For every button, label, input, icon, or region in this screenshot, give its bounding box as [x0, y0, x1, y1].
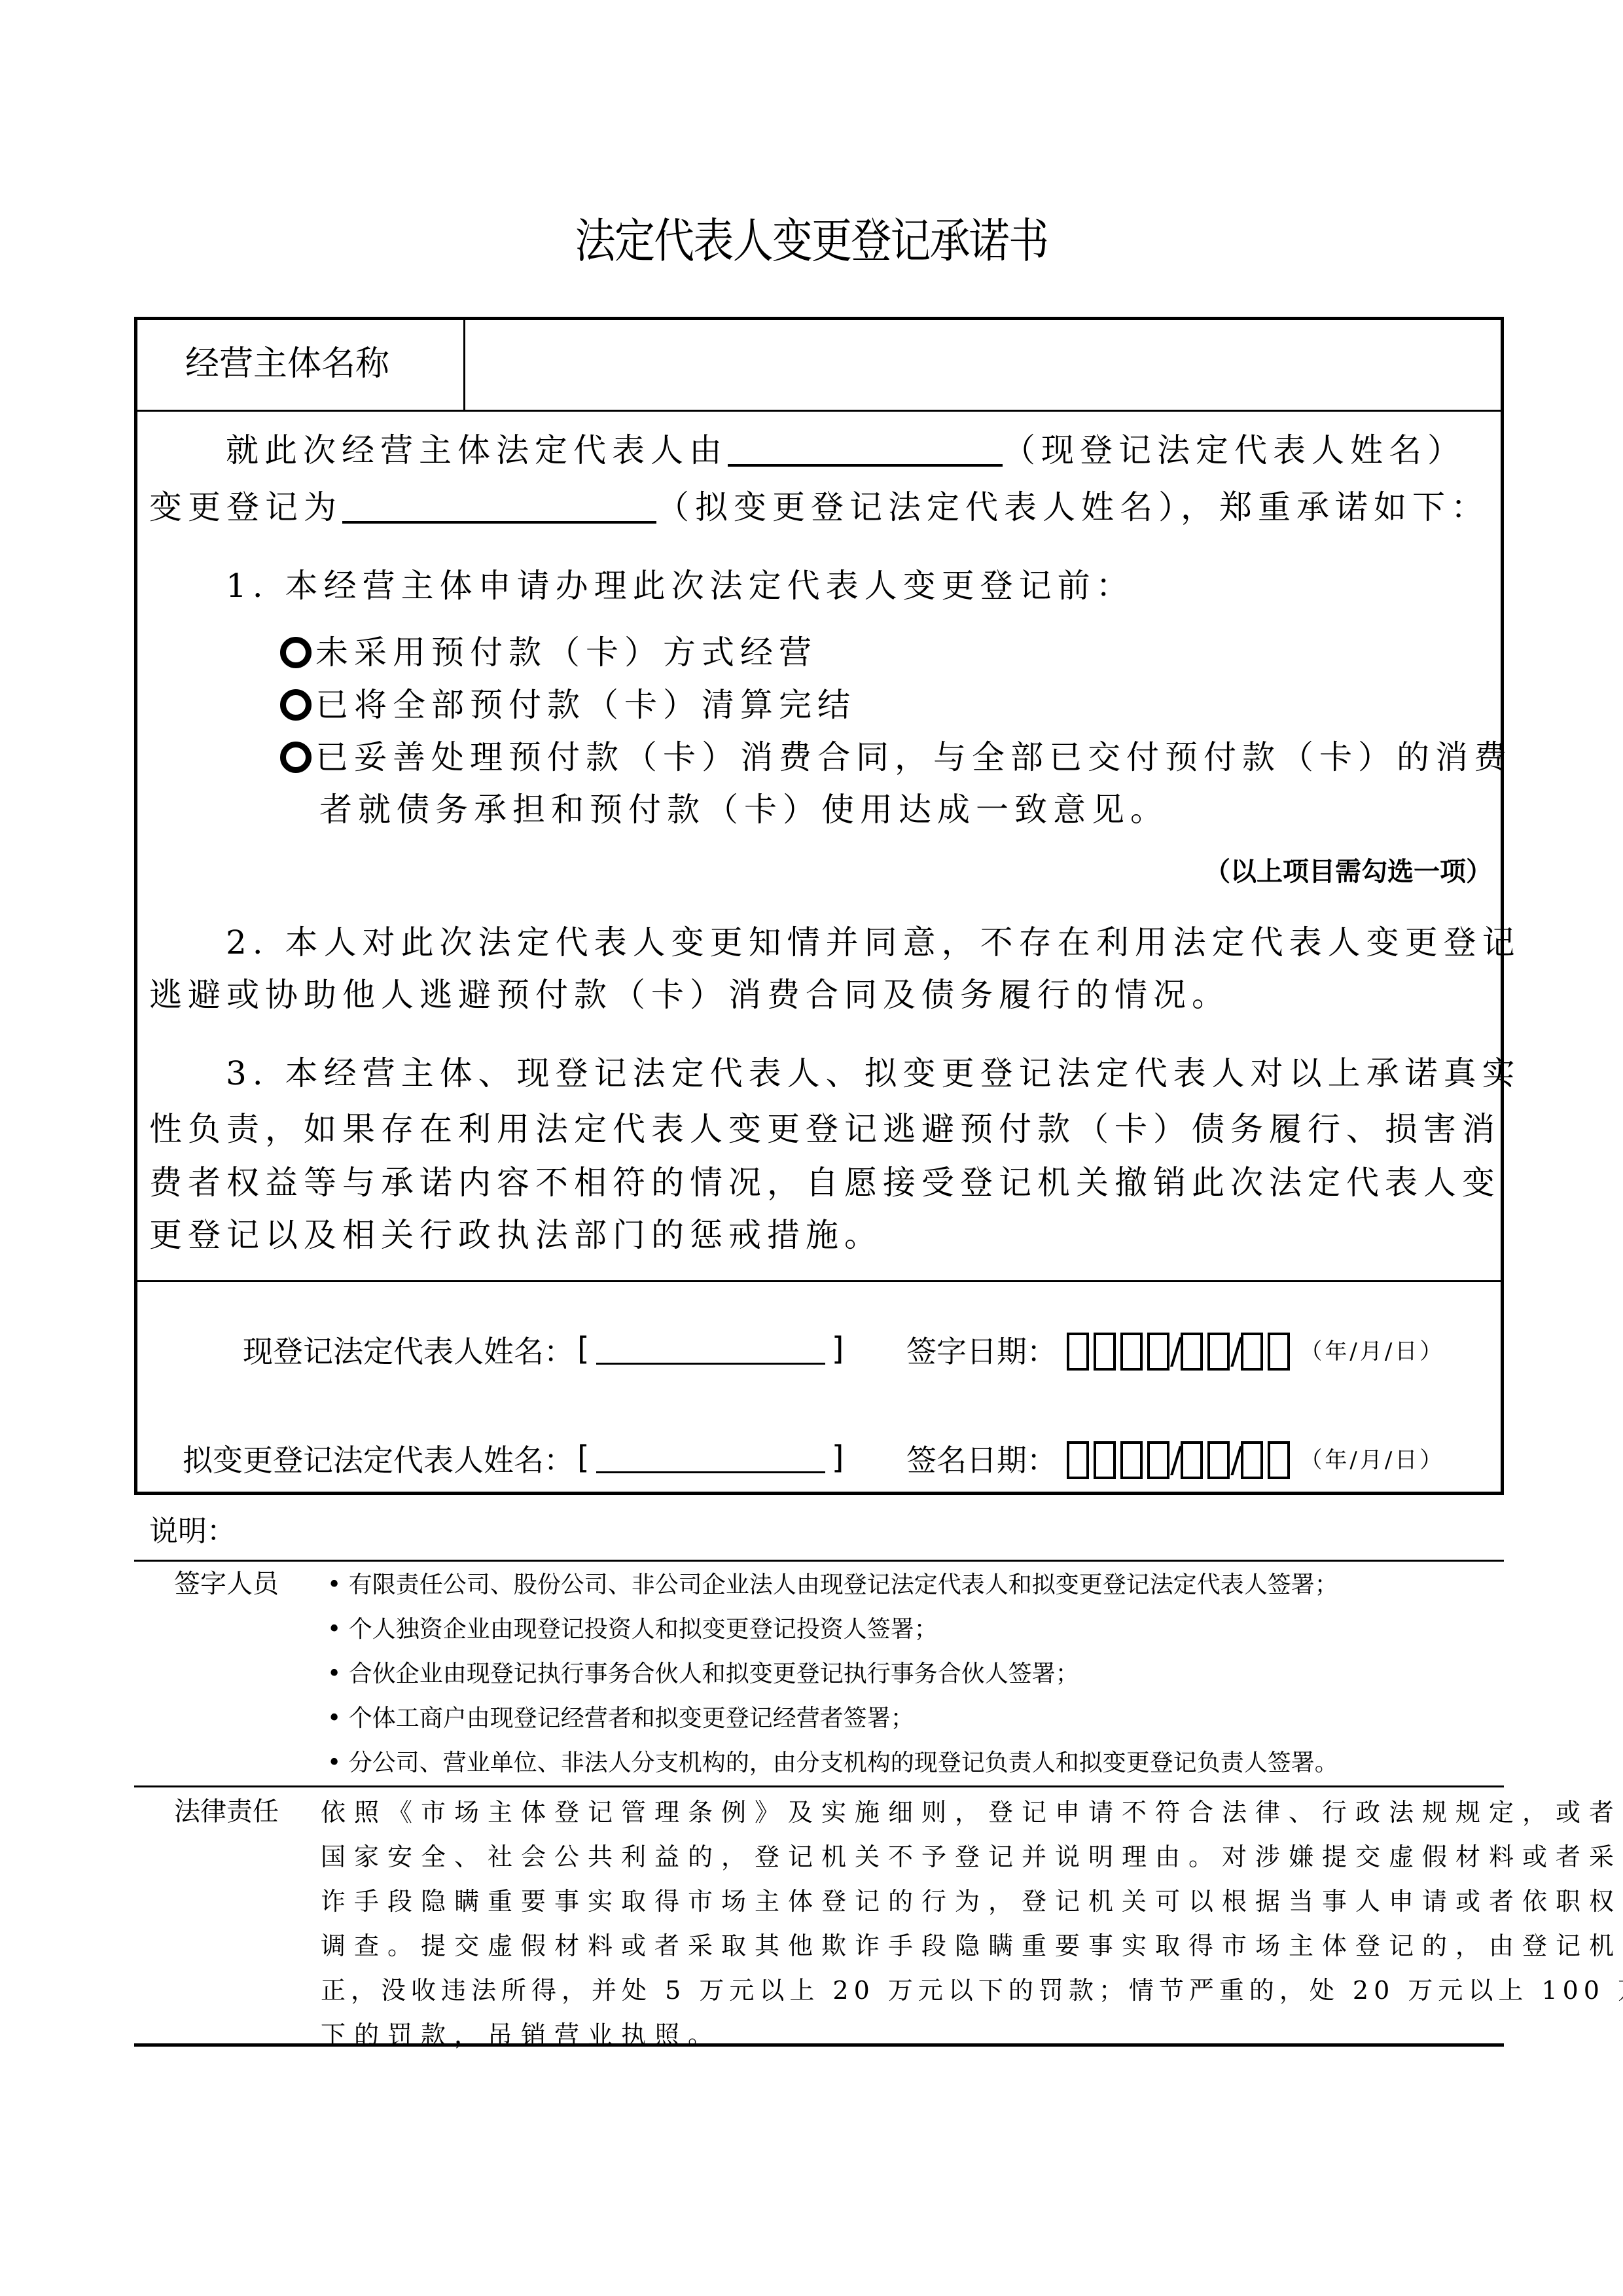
- item3-line3: 费者权益等与承诺内容不相符的情况，自愿接受登记机关撤销此次法定代表人变: [149, 1166, 1501, 1199]
- intro-line-1: 就此次经营主体法定代表人由（现登记法定代表人姓名）: [226, 434, 1466, 467]
- option-3-label-line1: 已妥善处理预付款（卡）消费合同，与全部已交付预付款（卡）的消费: [315, 738, 1512, 776]
- year-digit-box[interactable]: [1120, 1441, 1143, 1479]
- year-digit-box[interactable]: [1147, 1441, 1169, 1479]
- item1-heading: 1. 本经营主体申请办理此次法定代表人变更登记前：: [226, 569, 1135, 602]
- option-1[interactable]: 未采用预付款（卡）方式经营: [280, 636, 817, 671]
- right-bracket: ]: [832, 1331, 844, 1367]
- proposed-representative-blank[interactable]: [342, 492, 656, 524]
- bullet-icon: •: [327, 1749, 341, 1776]
- month-digit-box[interactable]: [1181, 1441, 1203, 1479]
- day-digit-box[interactable]: [1241, 1441, 1263, 1479]
- signer-rule-text: 个体工商户由现登记经营者和拟变更登记经营者签署；: [349, 1705, 914, 1732]
- bullet-icon: •: [327, 1571, 341, 1598]
- legal-line-3: 诈手段隐瞒重要事实取得市场主体登记的行为，登记机关可以根据当事人申请或者依职权主…: [321, 1889, 1623, 1914]
- item3-line4: 更登记以及相关行政执法部门的惩戒措施。: [149, 1219, 883, 1251]
- legal-line-5: 正，没收违法所得，并处 5 万元以上 20 万元以下的罚款；情节严重的，处 20…: [321, 1978, 1623, 2003]
- left-bracket: [: [577, 1439, 590, 1476]
- legal-top-rule: [134, 1785, 1504, 1787]
- notes-bottom-rule: [134, 2043, 1504, 2047]
- day-digit-box[interactable]: [1268, 1441, 1290, 1479]
- radio-ring-icon[interactable]: [280, 689, 312, 721]
- header-row-divider: [134, 410, 1504, 412]
- signature-date-field[interactable]: //（年/月/日）: [1067, 1441, 1444, 1479]
- item2-line1: 2. 本人对此次法定代表人变更知情并同意，不存在利用法定代表人变更登记: [226, 926, 1521, 959]
- bullet-icon: •: [327, 1705, 341, 1732]
- signer-rule-text: 分公司、营业单位、非法人分支机构的，由分支机构的现登记负责人和拟变更登记负责人签…: [349, 1749, 1338, 1776]
- radio-ring-icon[interactable]: [280, 637, 312, 668]
- current-representative-blank[interactable]: [728, 435, 1003, 467]
- entity-name-field[interactable]: [469, 322, 1499, 407]
- month-digit-box[interactable]: [1207, 1441, 1230, 1479]
- document-title: 法定代表人变更登记承诺书: [114, 217, 1510, 264]
- intro-line1-prefix: 就此次经营主体法定代表人由: [226, 431, 728, 469]
- signature-date-label: 签名日期：: [906, 1445, 1057, 1475]
- item2-line2: 逃避或协助他人逃避预付款（卡）消费合同及债务履行的情况。: [149, 978, 1230, 1011]
- intro-line2-prefix: 变更登记为: [149, 488, 342, 526]
- option-3-label-line2: 者就债务承担和预付款（卡）使用达成一致意见。: [319, 793, 1169, 826]
- notes-title: 说明：: [149, 1517, 236, 1546]
- option-3[interactable]: 已妥善处理预付款（卡）消费合同，与全部已交付预付款（卡）的消费: [280, 741, 1512, 776]
- item3-line2: 性负责，如果存在利用法定代表人变更登记逃避预付款（卡）债务履行、损害消: [149, 1113, 1501, 1145]
- signer-rule-2: • 个人独资企业由现登记投资人和拟变更登记投资人签署；: [327, 1618, 938, 1641]
- date-format-hint: （年/月/日）: [1300, 1447, 1444, 1473]
- intro-line-2: 变更登记为（拟变更登记法定代表人姓名），郑重承诺如下：: [149, 491, 1489, 524]
- proposed-rep-name-field[interactable]: []: [577, 1440, 844, 1473]
- year-digit-box[interactable]: [1120, 1333, 1143, 1371]
- option-2-label: 已将全部预付款（卡）清算完结: [315, 686, 856, 724]
- year-digit-box[interactable]: [1094, 1333, 1116, 1371]
- proposed-rep-name-label: 拟变更登记法定代表人姓名：: [183, 1445, 574, 1475]
- current-rep-name-input[interactable]: [596, 1331, 825, 1365]
- notes-top-rule: [134, 1560, 1504, 1562]
- current-rep-name-field[interactable]: []: [577, 1331, 844, 1365]
- signer-rule-1: • 有限责任公司、股份公司、非公司企业法人由现登记法定代表人和拟变更登记法定代表…: [327, 1573, 1338, 1597]
- intro-line2-suffix: （拟变更登记法定代表人姓名），郑重承诺如下：: [656, 488, 1489, 526]
- signer-rule-5: • 分公司、营业单位、非法人分支机构的，由分支机构的现登记负责人和拟变更登记负责…: [327, 1751, 1338, 1775]
- entity-name-label: 经营主体名称: [185, 347, 389, 381]
- legal-label: 法律责任: [174, 1799, 279, 1825]
- year-digit-box[interactable]: [1147, 1333, 1169, 1371]
- right-bracket: ]: [832, 1439, 844, 1476]
- legal-line-2: 国家安全、社会公共利益的，登记机关不予登记并说明理由。对涉嫌提交虚假材料或者采取…: [321, 1844, 1623, 1869]
- bullet-icon: •: [327, 1660, 341, 1687]
- bullet-icon: •: [327, 1616, 341, 1643]
- signature-section-divider: [134, 1280, 1504, 1282]
- select-one-note: （以上项目需勾选一项）: [1204, 859, 1492, 885]
- signer-rule-4: • 个体工商户由现登记经营者和拟变更登记经营者签署；: [327, 1707, 914, 1731]
- signer-rule-text: 有限责任公司、股份公司、非公司企业法人由现登记法定代表人和拟变更登记法定代表人签…: [349, 1571, 1338, 1598]
- legal-line-4: 调查。提交虚假材料或者采取其他欺诈手段隐瞒重要事实取得市场主体登记的，由登记机关…: [321, 1933, 1623, 1958]
- header-column-divider: [463, 318, 465, 410]
- radio-ring-icon[interactable]: [280, 742, 312, 773]
- intro-line1-suffix: （现登记法定代表人姓名）: [1003, 431, 1466, 469]
- year-digit-box[interactable]: [1067, 1441, 1089, 1479]
- signers-label: 签字人员: [174, 1571, 279, 1597]
- option-1-label: 未采用预付款（卡）方式经营: [315, 634, 817, 672]
- signer-rule-text: 个人独资企业由现登记投资人和拟变更登记投资人签署；: [349, 1616, 938, 1643]
- proposed-rep-name-input[interactable]: [596, 1440, 825, 1473]
- day-digit-box[interactable]: [1241, 1333, 1263, 1371]
- item3-line1: 3. 本经营主体、现登记法定代表人、拟变更登记法定代表人对以上承诺真实: [226, 1057, 1521, 1090]
- sign-date-label: 签字日期：: [906, 1336, 1057, 1367]
- current-rep-name-label: 现登记法定代表人姓名：: [243, 1336, 574, 1367]
- legal-line-1: 依照《市场主体登记管理条例》及实施细则，登记申请不符合法律、行政法规规定，或者可…: [321, 1800, 1623, 1825]
- date-format-hint: （年/月/日）: [1300, 1338, 1444, 1365]
- left-bracket: [: [577, 1331, 590, 1367]
- day-digit-box[interactable]: [1268, 1333, 1290, 1371]
- month-digit-box[interactable]: [1181, 1333, 1203, 1371]
- year-digit-box[interactable]: [1067, 1333, 1089, 1371]
- year-digit-box[interactable]: [1094, 1441, 1116, 1479]
- sign-date-field[interactable]: //（年/月/日）: [1067, 1333, 1444, 1371]
- signer-rule-3: • 合伙企业由现登记执行事务合伙人和拟变更登记执行事务合伙人签署；: [327, 1662, 1079, 1686]
- signer-rule-text: 合伙企业由现登记执行事务合伙人和拟变更登记执行事务合伙人签署；: [349, 1660, 1079, 1687]
- month-digit-box[interactable]: [1207, 1333, 1230, 1371]
- option-2[interactable]: 已将全部预付款（卡）清算完结: [280, 689, 856, 723]
